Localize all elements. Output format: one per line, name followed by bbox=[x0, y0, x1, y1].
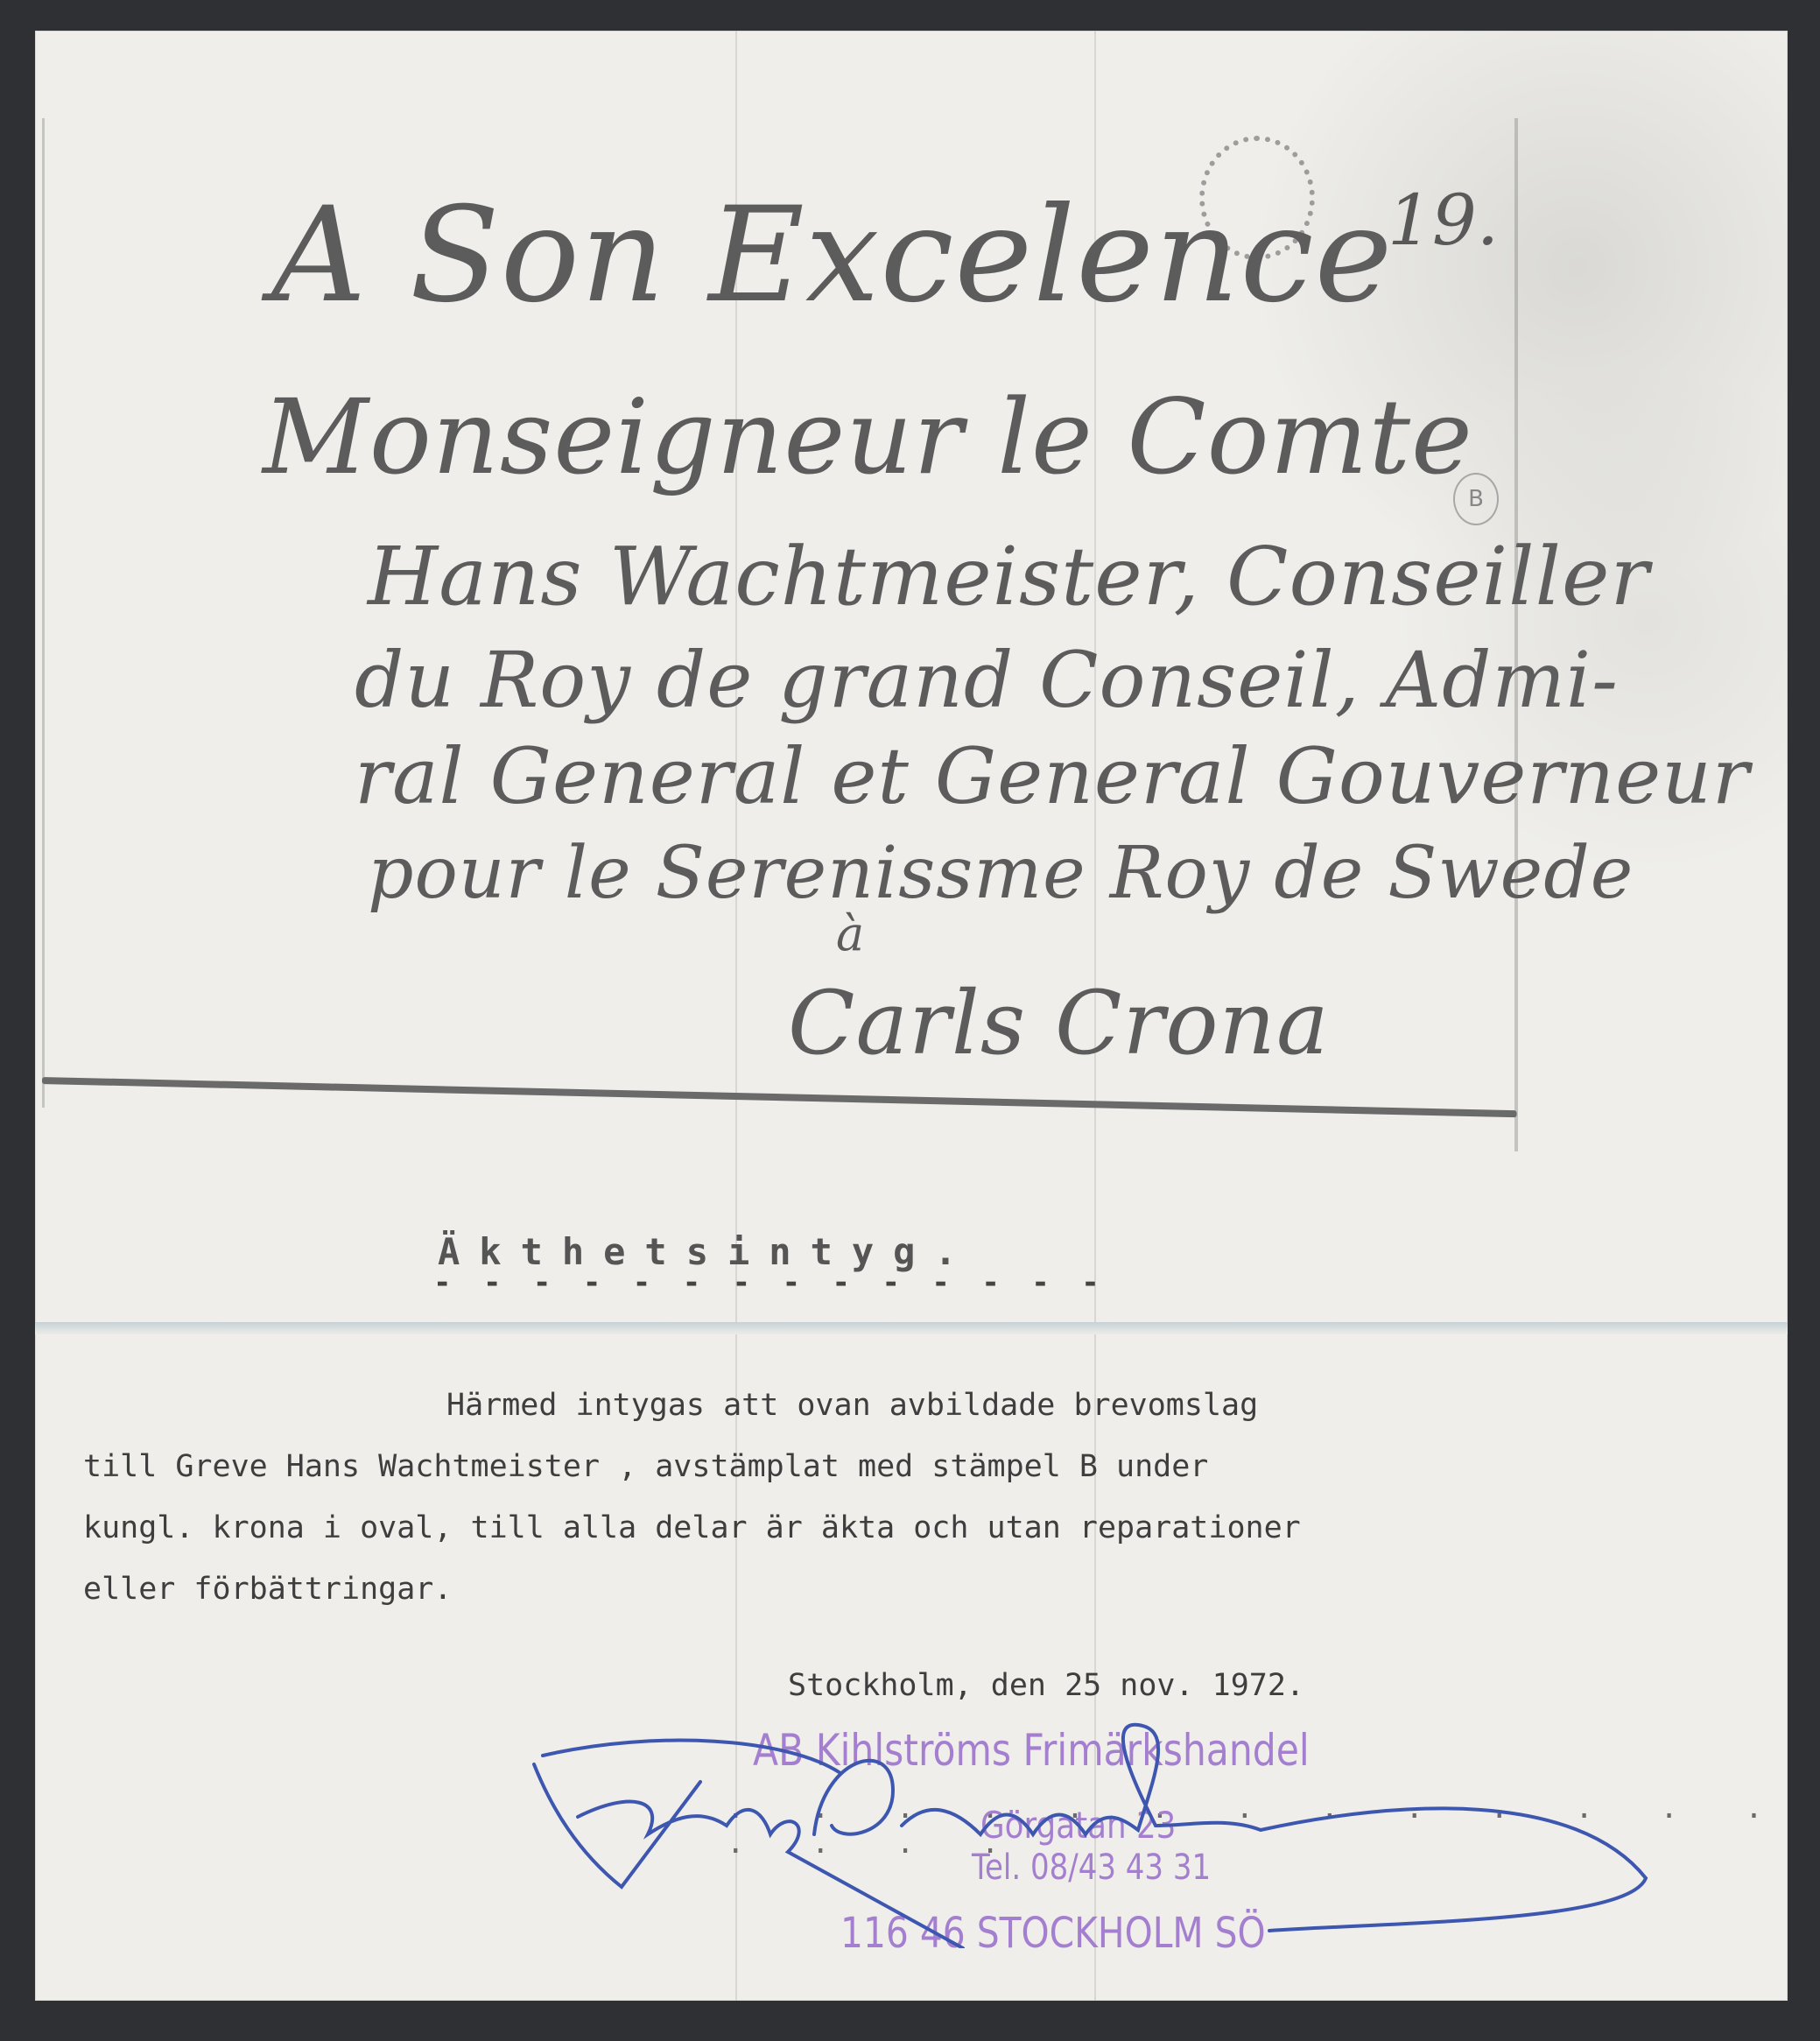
address-destination: Carls Crona bbox=[788, 972, 1330, 1074]
number-mark: 19. bbox=[1388, 179, 1499, 261]
address-line: du Roy de grand Conseil, Admi- bbox=[355, 635, 1619, 725]
certificate-body-line: eller förbättringar. bbox=[83, 1572, 452, 1607]
address-line: ral General et General Gouverneur bbox=[355, 731, 1750, 821]
document-sheet: 19. B A Son Excelence Monseigneur le Com… bbox=[35, 31, 1788, 2001]
address-line: A Son Excelence bbox=[271, 179, 1393, 332]
certificate-body-line: Härmed intygas att ovan avbildade brevom… bbox=[446, 1388, 1258, 1423]
title-underline: - - - - - - - - - - - - - - bbox=[433, 1265, 1107, 1300]
certificate-body-line: kungl. krona i oval, till alla delar är … bbox=[83, 1510, 1301, 1545]
address-line: Hans Wachtmeister, Conseiller bbox=[368, 530, 1649, 623]
photocopy-frame-left bbox=[42, 118, 45, 1108]
handwritten-signature bbox=[525, 1721, 1663, 1948]
address-line: à bbox=[836, 906, 865, 961]
address-line: pour le Serenissme Roy de Swede bbox=[368, 832, 1634, 915]
place-date: Stockholm, den 25 nov. 1972. bbox=[788, 1668, 1304, 1703]
address-line: Monseigneur le Comte bbox=[263, 377, 1473, 497]
photocopy-frame-bottom bbox=[42, 1077, 1517, 1117]
certificate-body-line: till Greve Hans Wachtmeister , avstämpla… bbox=[83, 1449, 1208, 1484]
fold-crease-horizontal bbox=[35, 1322, 1788, 1334]
